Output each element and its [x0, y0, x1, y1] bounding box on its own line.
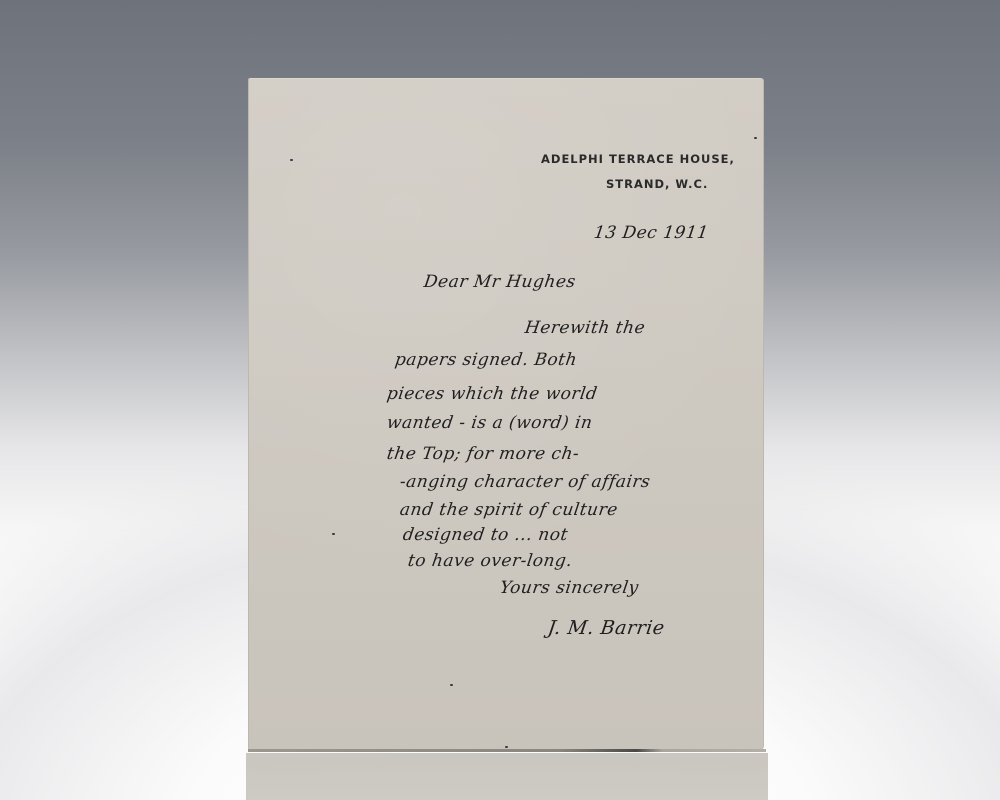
paper-speck [450, 684, 453, 686]
paper-speck [290, 159, 293, 161]
handwritten-body-line-2: papers signed. Both [394, 350, 579, 370]
handwritten-body-line-1: Herewith the [524, 318, 647, 338]
paper-speck [332, 533, 335, 535]
handwritten-body-line-7: and the spirit of culture [399, 500, 620, 520]
letterhead-address-line1: ADELPHI TERRACE HOUSE, [541, 152, 735, 166]
paper-bottom-edge [248, 749, 766, 752]
handwritten-body-line-3: pieces which the world [386, 384, 599, 404]
product-photo-scene: ADELPHI TERRACE HOUSE, STRAND, W.C. 13 D… [0, 0, 1000, 800]
handwritten-salutation: Dear Mr Hughes [423, 272, 577, 292]
handwritten-signature: J. M. Barrie [546, 617, 666, 639]
paper-speck [505, 746, 508, 748]
paper-reflection [246, 753, 768, 800]
handwritten-body-line-6: -anging character of affairs [399, 472, 652, 492]
handwritten-body-line-8: designed to ... not [402, 525, 570, 545]
paper-speck [754, 137, 757, 139]
handwritten-date: 13 Dec 1911 [593, 223, 710, 243]
handwritten-body-line-4: wanted - is a (word) in [386, 413, 594, 433]
handwritten-closing: Yours sincerely [499, 578, 640, 598]
letterhead-address-line2: STRAND, W.C. [606, 177, 708, 191]
handwritten-body-line-5: the Top; for more ch- [386, 444, 581, 464]
handwritten-body-line-9: to have over-long. [407, 551, 574, 571]
